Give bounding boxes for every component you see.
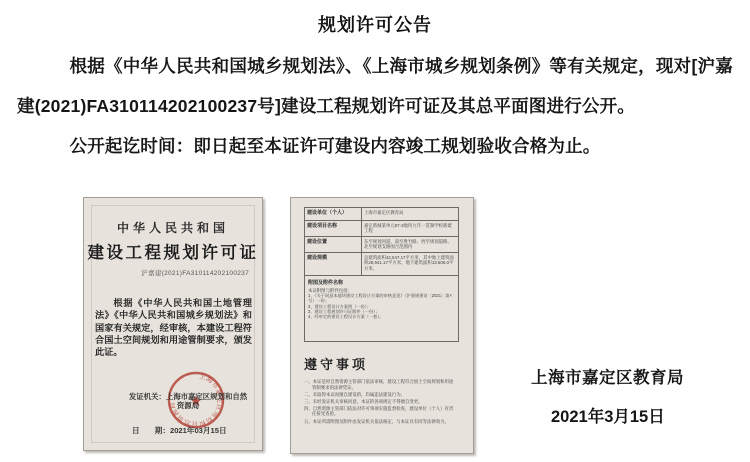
notice-item: 二、未取得本证而擅自建设的，均属违法建设行为。 — [304, 392, 457, 398]
notice-item: 五、本证所需附图及附件由发证机关依法核定，与本证具有同等法律效力。 — [304, 419, 457, 425]
permit-certificate-scan: 中华人民共和国 建设工程规划许可证 沪嘉建(2021)FA31011420210… — [83, 197, 263, 451]
certificate-country: 中华人民共和国 — [84, 219, 262, 236]
row-label: 建设规模 — [305, 253, 362, 275]
notice-item: 一、本证是经自然资源主管部门依法审核，建设工程符合国土空间规划和用途管制要求的法… — [304, 379, 457, 390]
permit-form-scan: 建设单位（个人） 上海市嘉定区教育局 建设项目名称 嘉定新城某单元07-3地块九… — [290, 197, 474, 454]
page-title: 规划许可公告 — [0, 11, 750, 37]
permit-info-table: 建设单位（个人） 上海市嘉定区教育局 建设项目名称 嘉定新城某单元07-3地块九… — [304, 207, 459, 342]
row-value: 上海市嘉定区教育局 — [362, 208, 458, 220]
table-row: 建设单位（个人） 上海市嘉定区教育局 — [305, 208, 458, 221]
table-row: 建设项目名称 嘉定新城某单元07-3地块九年一贯制学校新建工程 — [305, 221, 458, 237]
notice-item: 三、未经发证机关审核同意，本证的各项规定不得擅自变更。 — [304, 399, 457, 405]
row-value: 总建筑面积42,547.17平方米，其中地上建筑面积28,941.17平方米，地… — [362, 253, 458, 275]
attachments-section: 附图及附件名称 本证附图与附件包括： 1、《关于同意本地块建设工程设计方案的审核… — [305, 276, 458, 341]
notices-list: 一、本证是经自然资源主管部门依法审核，建设工程符合国土空间规划和用途管制要求的法… — [304, 379, 457, 426]
certificate-issuing-authority: 发证机关：上海市嘉定区规划和自然 资源局 — [120, 392, 256, 410]
row-label: 建设单位（个人） — [305, 208, 362, 220]
announcement-paragraph-regulations: 根据《中华人民共和国城乡规划法》、《上海市城乡规划条例》等有关规定，现对[沪嘉建… — [17, 46, 733, 126]
announcement-issuer: 上海市嘉定区教育局 — [531, 364, 684, 388]
row-value: 嘉定新城某单元07-3地块九年一贯制学校新建工程 — [362, 221, 458, 236]
certificate-title: 建设工程规划许可证 — [84, 239, 262, 263]
attachment-item: 4、经审定的建设工程设计方案（一套）。 — [308, 314, 455, 319]
announcement-paragraph-period: 公开起讫时间：即日起至本证许可建设内容竣工规划验收合格为止。 — [17, 126, 733, 166]
certificate-number: 沪嘉建(2021)FA310114202100237 — [141, 268, 249, 277]
notice-item: 四、自然资源主管部门依法对许可事项实施监督检查，建设单位（个人）有责任接受查验。 — [304, 406, 457, 417]
row-value: 东至规划河道、南至胜竹路、西至规划道路、北至规划支路围合范围内 — [362, 237, 458, 252]
table-row: 建设规模 总建筑面积42,547.17平方米，其中地上建筑面积28,941.17… — [305, 253, 458, 276]
certificate-body-text: 根据《中华人民共和国土地管理法》《中华人民共和国城乡规划法》和国家有关规定，经审… — [95, 297, 252, 358]
table-row: 建设位置 东至规划河道、南至胜竹路、西至规划道路、北至规划支路围合范围内 — [305, 237, 458, 253]
attachments-title: 附图及附件名称 — [308, 279, 455, 286]
announcement-date: 2021年3月15日 — [551, 403, 665, 427]
issuing-authority-line2: 资源局 — [120, 401, 256, 410]
notices-title: 遵守事项 — [304, 354, 368, 373]
row-label: 建设位置 — [305, 237, 362, 252]
certificate-issue-date: 日 期：2021年03月15日 — [132, 425, 227, 436]
issuing-authority-line1: 发证机关：上海市嘉定区规划和自然 — [120, 392, 256, 401]
row-label: 建设项目名称 — [305, 221, 362, 236]
attachment-item: 1、《关于同意本地块建设工程设计方案的审核意见》（沪嘉规建设〔2021〕第×号）… — [308, 293, 455, 303]
announcement-page: 规划许可公告 根据《中华人民共和国城乡规划法》、《上海市城乡规划条例》等有关规定… — [0, 0, 750, 462]
